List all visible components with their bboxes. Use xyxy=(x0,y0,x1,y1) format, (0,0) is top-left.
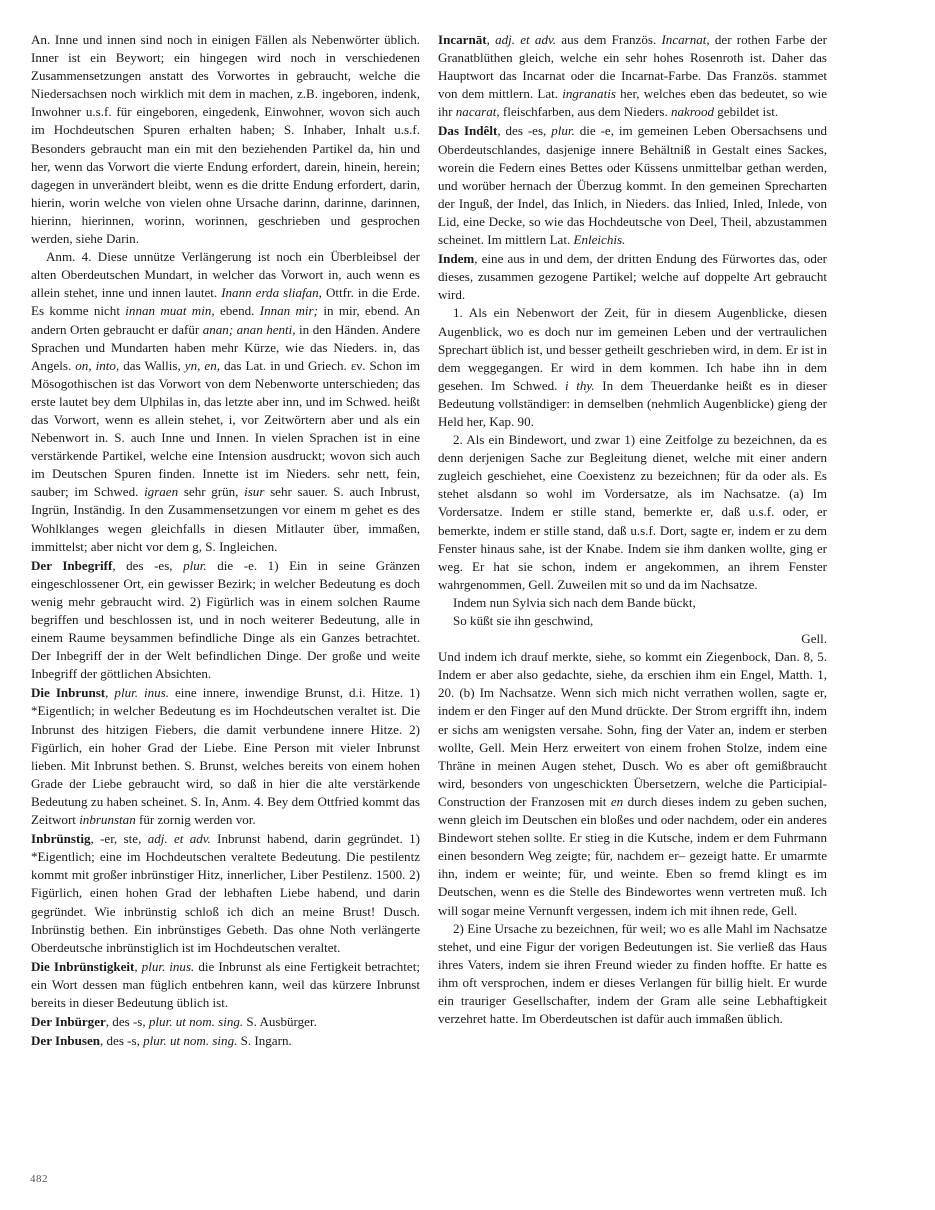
indem-sense-2-continuation: Und indem ich drauf merkte, siehe, so ko… xyxy=(438,648,827,919)
entry-indelt: Das Indêlt, des -es, plur. die -e, im ge… xyxy=(438,122,827,249)
paragraph-anm-4: Anm. 4. Diese unnütze Verlängerung ist n… xyxy=(31,248,420,556)
dictionary-page: An. Inne und innen sind noch in einigen … xyxy=(0,0,935,1210)
headword: Das Indêlt xyxy=(438,123,497,138)
headword: Indem xyxy=(438,251,474,266)
entry-inbruenstig: Inbrünstig, -er, ste, adj. et adv. Inbru… xyxy=(31,830,420,957)
headword: Der Inbürger xyxy=(31,1014,106,1029)
indem-sense-1: 1. Als ein Nebenwort der Zeit, für in di… xyxy=(438,304,827,431)
right-column: Incarnāt, adj. et adv. aus dem Französ. … xyxy=(438,31,827,1028)
page-number: 482 xyxy=(30,1173,48,1185)
paragraph-an-continuation: An. Inne und innen sind noch in einigen … xyxy=(31,31,420,248)
indem-sense-2: 2. Als ein Bindewort, und zwar 1) eine Z… xyxy=(438,431,827,594)
entry-inbrunst: Die Inbrunst, plur. inus. eine innere, i… xyxy=(31,684,420,829)
left-column: An. Inne und innen sind noch in einigen … xyxy=(31,31,420,1050)
headword: Die Inbrünstigkeit xyxy=(31,959,134,974)
entry-indem: Indem, eine aus in und dem, der dritten … xyxy=(438,250,827,304)
headword: Der Inbusen xyxy=(31,1033,100,1048)
entry-incarnat: Incarnāt, adj. et adv. aus dem Französ. … xyxy=(438,31,827,121)
verse-line-1: Indem nun Sylvia sich nach dem Bande büc… xyxy=(438,594,827,612)
entry-inbuerger: Der Inbürger, des -s, plur. ut nom. sing… xyxy=(31,1013,420,1031)
entry-inbegriff: Der Inbegriff, des -es, plur. die -e. 1)… xyxy=(31,557,420,684)
indem-sense-2-2: 2) Eine Ursache zu bezeichnen, für weil;… xyxy=(438,920,827,1029)
headword: Der Inbegriff xyxy=(31,558,112,573)
verse-line-2: So küßt sie ihn geschwind, xyxy=(438,612,827,630)
headword: Incarnāt xyxy=(438,32,487,47)
headword: Inbrünstig xyxy=(31,831,90,846)
verse-attribution: Gell. xyxy=(438,630,827,648)
entry-inbruenstigkeit: Die Inbrünstigkeit, plur. inus. die Inbr… xyxy=(31,958,420,1012)
headword: Die Inbrunst xyxy=(31,685,105,700)
entry-inbusen: Der Inbusen, des -s, plur. ut nom. sing.… xyxy=(31,1032,420,1050)
